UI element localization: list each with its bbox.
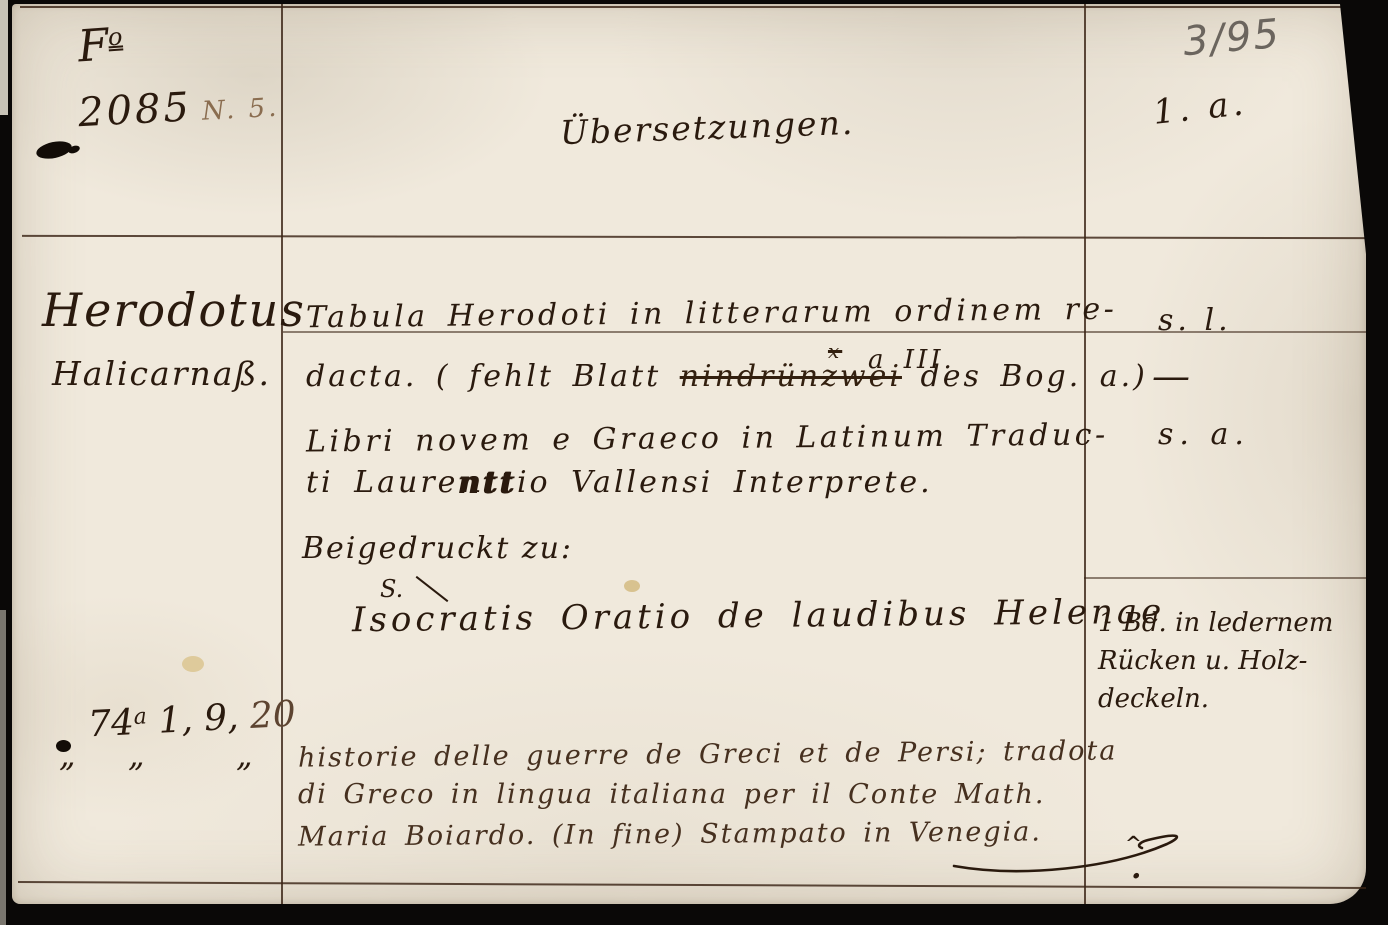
entry-isocratis-line: Isocratis Oratio de laudibus Helenae (352, 594, 1166, 640)
sine-anno-note: s. a. (1158, 418, 1250, 451)
binding-note-line: deckeln. (1098, 680, 1368, 718)
table-rule-header-bottom (22, 235, 1366, 239)
shelf-number-superscript: a (133, 704, 147, 730)
table-rule-vertical-left (281, 4, 283, 904)
entry-text: io Vallensi Interprete. (517, 465, 933, 500)
struck-correction-mark: x (828, 340, 842, 362)
shelfmark-letter: F (76, 20, 110, 73)
entry-libri-line1: Libri novem e Graeco in Latinum Traduc- (306, 418, 1109, 458)
scanned-catalog-card: Fo 2085N. 5. 3/95 1. a. Übersetzungen. H… (0, 0, 1388, 925)
ditto-mark: „ (59, 736, 76, 774)
entry-italian-line1: historie delle guerre de Greci et de Per… (298, 736, 1118, 773)
accession-number-value: 2085 (77, 84, 193, 136)
binding-note-line: Rücken u. Holz- (1098, 642, 1368, 680)
insertion-mark: S. (380, 576, 403, 602)
author-epithet: Halicarnaß. (52, 356, 271, 392)
dot-mark: . (1131, 852, 1141, 885)
entry-text: ti Laure (306, 465, 458, 500)
paper-stain (624, 580, 640, 592)
table-rule-bottom (18, 881, 1366, 889)
entry-italian-line3: Maria Boiardo. (In fine) Stampato in Ven… (298, 817, 1042, 852)
scan-corner-shadow (1340, 4, 1366, 254)
shelfmark: Fo (76, 20, 124, 71)
table-rule-top (20, 6, 1360, 8)
overwritten-text: ntt (458, 465, 517, 500)
sine-loco-note: s. l. (1158, 304, 1232, 337)
entry-text: dacta. ( fehlt Blatt (306, 359, 680, 394)
catalog-card-paper: Fo 2085N. 5. 3/95 1. a. Übersetzungen. H… (12, 4, 1366, 904)
table-rule-vertical-right (1084, 4, 1086, 904)
insertion-slash (416, 576, 449, 602)
scan-edge-sliver (0, 0, 8, 115)
no-date-dash: — (1152, 356, 1190, 398)
entry-italian-line2: di Greco in lingua italiana per il Conte… (298, 780, 1045, 810)
folio-mark: 1. a. (1151, 85, 1249, 132)
shelfmark-superscript: o (107, 22, 123, 51)
binding-note: 1 Bd. in ledernem Rücken u. Holz- deckel… (1098, 604, 1368, 718)
shelf-number-rest: 1, 9, (157, 697, 239, 742)
ditto-mark: „ (236, 736, 253, 774)
correction-text: a III. (868, 346, 955, 375)
entry-libri-line2: ti Laurenttio Vallensi Interprete. (306, 466, 933, 499)
bound-with-note: Beigedruckt zu: (302, 532, 573, 565)
ditto-mark: „ (128, 736, 145, 774)
table-rule-right-column (1084, 577, 1366, 579)
author-name: Herodotus (42, 285, 306, 336)
section-title: Übersetzungen. (559, 105, 854, 152)
pen-flourish (952, 822, 1212, 882)
pencil-number: 3/95 (1181, 12, 1282, 64)
paper-stain (182, 656, 204, 672)
entry-tabula-line2: dacta. ( fehlt Blatt nindrünzweixa III. … (306, 360, 1148, 393)
entry-tabula-line1: Tabula Herodoti in litterarum ordinem re… (306, 293, 1118, 334)
accession-number: 2085N. 5. (77, 81, 280, 135)
scan-edge-sliver (0, 610, 6, 925)
shelf-number-last: 20 (249, 694, 297, 737)
binding-note-line: 1 Bd. in ledernem (1098, 604, 1368, 642)
shelf-number: 74a 1, 9, 20 (87, 695, 297, 745)
accession-suffix: N. 5. (201, 93, 280, 127)
